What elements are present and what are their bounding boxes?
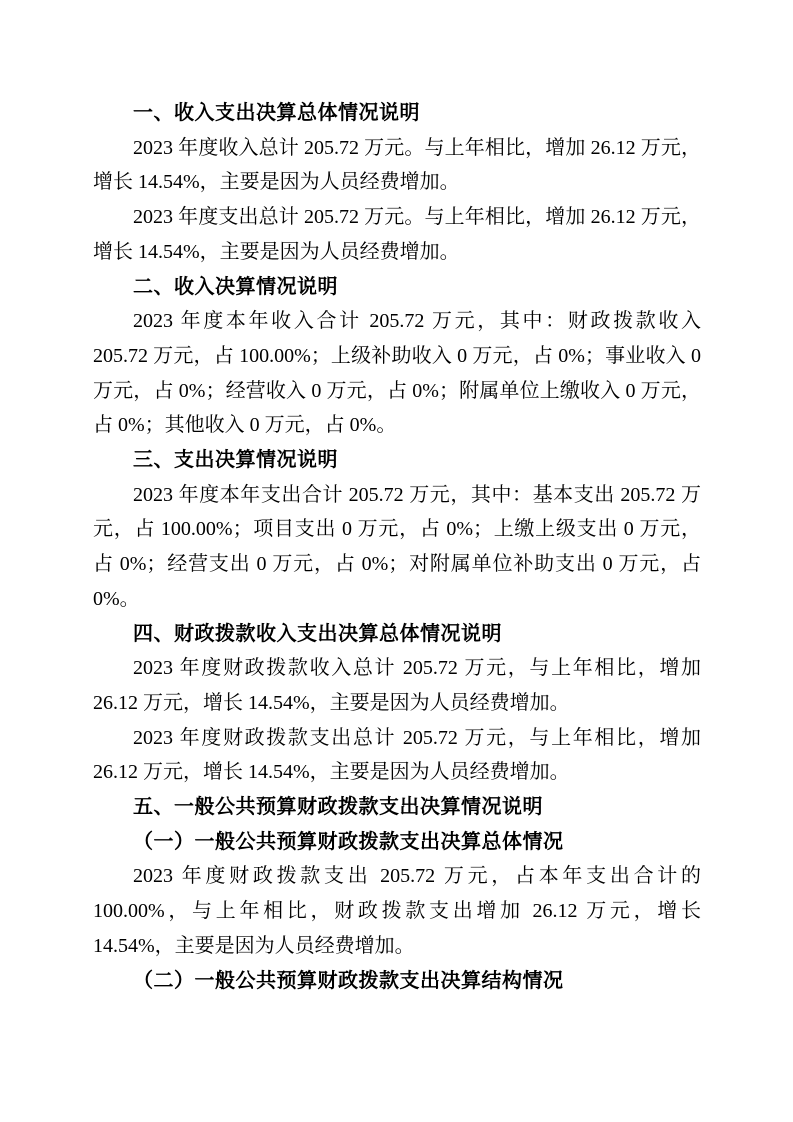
document-page: 一、收入支出决算总体情况说明 2023 年度收入总计 205.72 万元。与上年… [0, 0, 793, 1122]
section-1-paragraph-2: 2023 年度支出总计 205.72 万元。与上年相比，增加 26.12 万元，… [93, 200, 701, 269]
section-4-paragraph-1: 2023 年度财政拨款收入总计 205.72 万元，与上年相比，增加 26.12… [93, 651, 701, 720]
section-1-heading: 一、收入支出决算总体情况说明 [93, 96, 701, 131]
section-3-heading: 三、支出决算情况说明 [93, 443, 701, 478]
section-2-heading: 二、收入决算情况说明 [93, 270, 701, 305]
section-3-paragraph-1: 2023 年度本年支出合计 205.72 万元，其中：基本支出 205.72 万… [93, 478, 701, 617]
section-2-paragraph-1: 2023 年度本年收入合计 205.72 万元，其中：财政拨款收入 205.72… [93, 304, 701, 443]
section-5-subsection-1-heading: （一）一般公共预算财政拨款支出决算总体情况 [93, 825, 701, 860]
section-4-heading: 四、财政拨款收入支出决算总体情况说明 [93, 617, 701, 652]
section-5-subsection-2-heading: （二）一般公共预算财政拨款支出决算结构情况 [93, 964, 701, 999]
section-1-paragraph-1: 2023 年度收入总计 205.72 万元。与上年相比，增加 26.12 万元，… [93, 131, 701, 200]
section-4-paragraph-2: 2023 年度财政拨款支出总计 205.72 万元，与上年相比，增加 26.12… [93, 721, 701, 790]
section-5-heading: 五、一般公共预算财政拨款支出决算情况说明 [93, 790, 701, 825]
section-5-subsection-1-paragraph-1: 2023 年度财政拨款支出 205.72 万元，占本年支出合计的 100.00%… [93, 859, 701, 963]
